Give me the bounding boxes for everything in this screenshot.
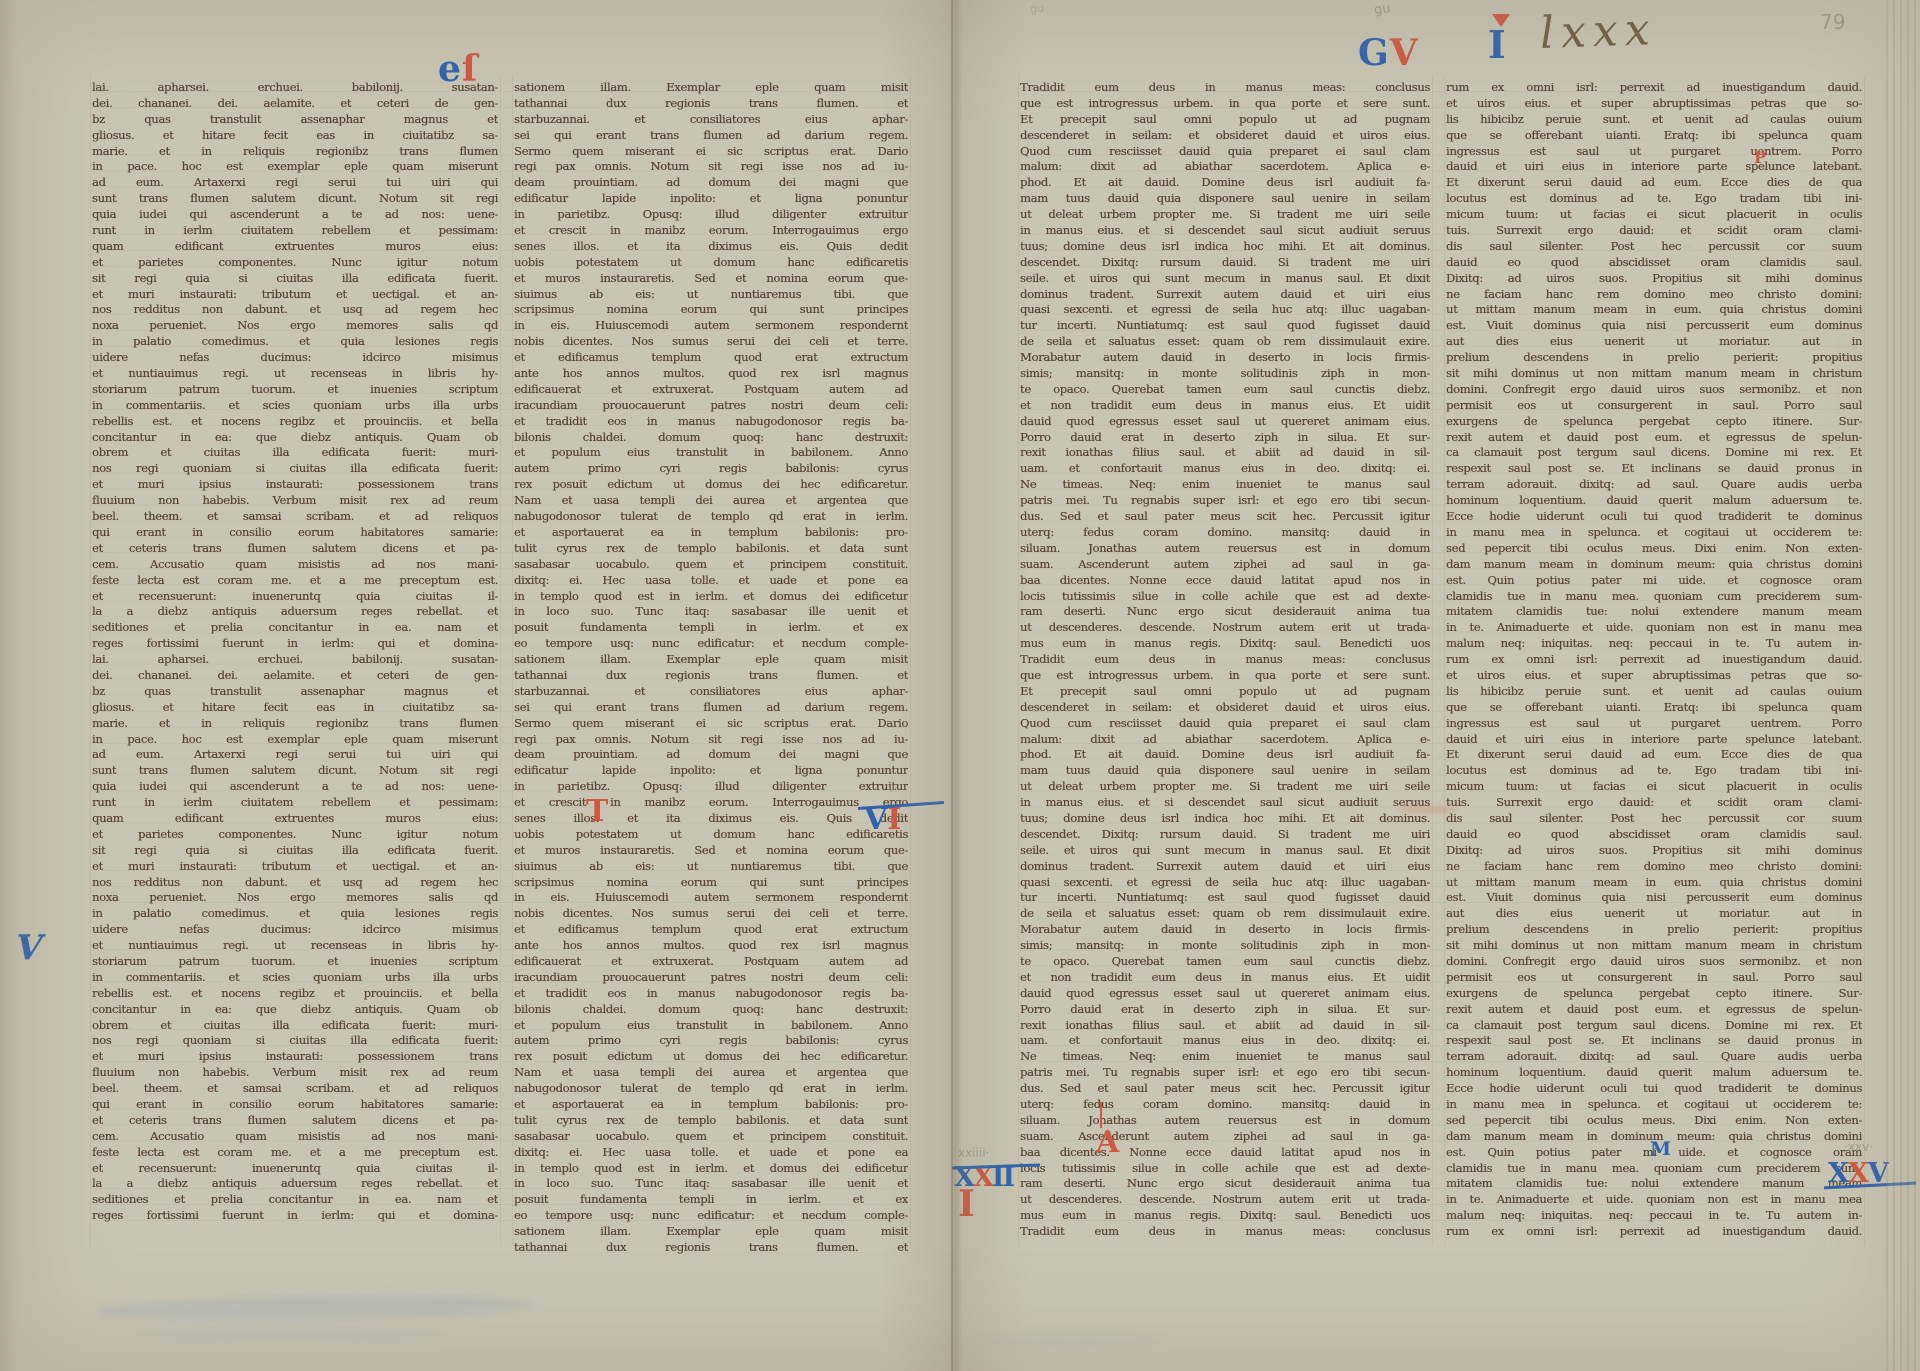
text-line: nabugodonosor tulerat de templo qd erat … — [514, 509, 908, 525]
text-line: ut mittam manum meam in eum. quia christ… — [1446, 875, 1862, 891]
text-line: Ecce hodie uiderunt oculi tui quod tradi… — [1446, 509, 1862, 525]
text-line: eo tempore usq: nunc edificatur: et necd… — [514, 1208, 908, 1224]
text-line: storiarum patrum tuorum. et inuenies scr… — [92, 382, 498, 398]
text-line: dis saul silenter. Post hec percussit co… — [1446, 239, 1862, 255]
text-line: patris mei. Tu regnabis super isrl: et e… — [1020, 1065, 1430, 1081]
text-line: in manus eius. et si descendet saul sicu… — [1020, 795, 1430, 811]
text-line: nobis dicentes. Nos sumus serui dei celi… — [514, 334, 908, 350]
text-line: suam. Ascenderunt autem ziphei ad saul i… — [1020, 1129, 1430, 1145]
text-line: aut dies eius uenerit ut moriatur. aut i… — [1446, 334, 1862, 350]
text-line: tathannai dux regionis trans flumen. et — [514, 1240, 908, 1256]
text-line: prelium descendens in prelio perierit: p… — [1446, 922, 1862, 938]
text-line: in manus eius. et si descendet saul sicu… — [1020, 223, 1430, 239]
text-line: in te. Animaduerte et uide. quoniam non … — [1446, 620, 1862, 636]
text-line: regi pax omnis. Notum sit regi isse nos … — [514, 732, 908, 748]
text-line: dauid quod egressus esset saul ut querer… — [1020, 986, 1430, 1002]
text-line: rex posuit edictum ut domus dei hec edif… — [514, 477, 908, 493]
text-line: siuimus ab eis: ut nuntiaremus tibi. que — [514, 287, 908, 303]
text-line: regi pax omnis. Notum sit regi isse nos … — [514, 159, 908, 175]
text-line: rebellis est. et nocens regibz et prouin… — [92, 414, 498, 430]
text-line: sationem illam. Exemplar eple quam misit — [514, 80, 908, 96]
text-line: sit mihi dominus ut non mittam manum mea… — [1446, 938, 1862, 954]
text-line: tathannai dux regionis trans flumen. et — [514, 96, 908, 112]
text-line: reges fortissimi fuerunt in ierlm: qui e… — [92, 1208, 498, 1224]
text-line: autem primo cyri regis babilonis: cyrus — [514, 461, 908, 477]
text-line: mus eum in manus regis. Dixitq: saul. Be… — [1020, 1208, 1430, 1224]
text-line: noxa perueniet. Nos ergo memores salis q… — [92, 890, 498, 906]
text-line: Tradidit eum deus in manus meas: conclus… — [1020, 652, 1430, 668]
text-line: Ne timeas. Neq: enim inueniet te manus s… — [1020, 477, 1430, 493]
text-line: dauid eo quod abscidisset oram clamidis … — [1446, 255, 1862, 271]
text-line: et uiros eius. et super abruptissimas pe… — [1446, 668, 1862, 684]
text-line: permisit eos ut consurgerent in saul. Po… — [1446, 398, 1862, 414]
text-line: phod. Et ait dauid. Domine deus isrl aud… — [1020, 175, 1430, 191]
text-line: ad eum. Artaxerxi regi serui tui uiri qu… — [92, 747, 498, 763]
text-line: edificatur lapide inpolito: et ligna pon… — [514, 763, 908, 779]
text-line: ad eum. Artaxerxi regi serui tui uiri qu… — [92, 175, 498, 191]
text-line: rum ex omni isrl: perrexit ad inuestigan… — [1446, 652, 1862, 668]
text-line: patris mei. Tu regnabis super isrl: et e… — [1020, 493, 1430, 509]
text-line: concitantur in ea: que diebz antiquis. Q… — [92, 430, 498, 446]
text-line: dauid eo quod abscidisset oram clamidis … — [1446, 827, 1862, 843]
text-line: Tradidit eum deus in manus meas: conclus… — [1020, 1224, 1430, 1240]
text-line: quam edificant extruentes muros eius: — [92, 811, 498, 827]
text-line: et parietes componentes. Nunc igitur not… — [92, 255, 498, 271]
text-line: et muros instauraretis. Sed et nomina eo… — [514, 843, 908, 859]
text-line: et muri instaurati: tributum et uectigal… — [92, 859, 498, 875]
text-line: que est introgressus urbem. in qua porte… — [1020, 96, 1430, 112]
text-line: ingressus est saul ut purgaret uentrem. … — [1446, 716, 1862, 732]
text-line: descenderet in seilam: et obsideret daui… — [1020, 128, 1430, 144]
text-line: ram deserti. Nunc ergo sicut desiderauit… — [1020, 604, 1430, 620]
ink-offset-stain — [95, 1292, 535, 1324]
gutter-shadow — [880, 0, 1030, 1371]
text-line: la a diebz antiquis aduersum reges rebel… — [92, 604, 498, 620]
text-column-4: rum ex omni isrl: perrexit ad inuestigan… — [1446, 80, 1862, 1240]
text-line: gliosus. et hitare fecit eas in ciuitati… — [92, 700, 498, 716]
text-line: permisit eos ut consurgerent in saul. Po… — [1446, 970, 1862, 986]
text-line: uterq: fedus coram domino. mansitq: daui… — [1020, 1097, 1430, 1113]
text-line: terram adorauit. dixitq: ad saul. Quare … — [1446, 477, 1862, 493]
text-line: et crescit in manibz eorum. Interrogauim… — [514, 795, 908, 811]
text-line: deam prouintiam. ad domum dei magni que — [514, 175, 908, 191]
text-line: nos regi quoniam si ciuitas illa edifica… — [92, 461, 498, 477]
text-line: sunt trans flumen salutem dicunt. Notum … — [92, 763, 498, 779]
text-line: et asportauerat ea in templum babilonis:… — [514, 525, 908, 541]
ink-offset-stain — [140, 1330, 440, 1341]
text-line: starbuzannai. et consiliatores eius apha… — [514, 112, 908, 128]
text-line: hominum loquentium. dauid querit malum a… — [1446, 493, 1862, 509]
text-line: baa dicentes. Nonne ecce dauid latitat a… — [1020, 1145, 1430, 1161]
text-line: sei qui erant trans flumen ad darium reg… — [514, 700, 908, 716]
text-line: rex posuit edictum ut domus dei hec edif… — [514, 1049, 908, 1065]
text-line: dominus tradent. Surrexit autem dauid et… — [1020, 859, 1430, 875]
numeral-letter: e — [438, 48, 462, 90]
text-line: mus eum in manus regis. Dixitq: saul. Be… — [1020, 636, 1430, 652]
text-line: que se offerebant uianti. Eratq: ibi spe… — [1446, 700, 1862, 716]
text-line: feste lecta est coram me. et a me precep… — [92, 1145, 498, 1161]
text-line: Sermo quem miserant ei sic scriptus erat… — [514, 144, 908, 160]
text-line: malum: dixit ad abiathar sacerdotem. Apl… — [1020, 159, 1430, 175]
text-line: tur incerti. Nuntiatumq: est saul quod f… — [1020, 318, 1430, 334]
text-line: posuit fundamenta templi in ierlm. et ex — [514, 1192, 908, 1208]
text-line: te opaco. Querebat tamen eum saul cuncti… — [1020, 954, 1430, 970]
text-line: nobis dicentes. Nos sumus serui dei celi… — [514, 906, 908, 922]
text-line: que se offerebant uianti. Eratq: ibi spe… — [1446, 128, 1862, 144]
text-line: descendet. Dixitq: rursum dauid. Si trad… — [1020, 827, 1430, 843]
text-line: sed pepercit tibi oculus meus. Dixi enim… — [1446, 541, 1862, 557]
text-line: rexit ionathas filius saul. et abiit ad … — [1020, 445, 1430, 461]
text-line: qui erant in consilio eorum habitatores … — [92, 1097, 498, 1113]
initial-a-ascendit: A — [1096, 1128, 1119, 1158]
text-line: et nuntiauimus regi. ut recenseas in lib… — [92, 366, 498, 382]
text-line: senes illos. et ita diximus eis. Quis de… — [514, 239, 908, 255]
text-line: mitatem clamidis tue: nolui extendere ma… — [1446, 604, 1862, 620]
text-line: aut dies eius uenerit ut moriatur. aut i… — [1446, 906, 1862, 922]
text-line: runt in ierlm ciuitatem rebellem et pess… — [92, 223, 498, 239]
text-line: descenderet in seilam: et obsideret daui… — [1020, 700, 1430, 716]
gutter-fold-line — [951, 0, 953, 1371]
text-line: Dixitq: ad uiros suos. Propitius sit mih… — [1446, 271, 1862, 287]
numeral-letter: V — [1390, 32, 1419, 74]
text-line: tuis. Surrexit ergo dauid: et scidit ora… — [1446, 795, 1862, 811]
text-line: et muros instauraretis. Sed et nomina eo… — [514, 271, 908, 287]
text-line: respexit saul post se. Et inclinans se d… — [1446, 461, 1862, 477]
text-line: in eis. Huiuscemodi autem sermonem respo… — [514, 318, 908, 334]
pencil-chapter-xxv: ·xxv· — [1844, 1140, 1873, 1154]
text-line: et asportauerat ea in templum babilonis:… — [514, 1097, 908, 1113]
text-line: uidere nefas ducimus: idcirco misimus — [92, 922, 498, 938]
text-line: bz quas transtulit assenaphar magnus et — [92, 112, 498, 128]
text-line: suam. Ascenderunt autem ziphei ad saul i… — [1020, 557, 1430, 573]
text-line: et recensuerunt: inueneruntq quia ciuita… — [92, 1161, 498, 1177]
text-line: et edificamus templum quod erat extructu… — [514, 922, 908, 938]
text-line: ante hos annos multos. quod rex isrl mag… — [514, 938, 908, 954]
text-line: edificauerat et extruxerat. Postquam aut… — [514, 382, 908, 398]
text-line: sasabasar uocabulo. quem et principem co… — [514, 1129, 908, 1145]
running-header-right-gv: GV — [1358, 32, 1419, 74]
text-line: dixitq: ei. Hec uasa tolle. et uade et p… — [514, 1145, 908, 1161]
text-line: sit mihi dominus ut non mittam manum mea… — [1446, 366, 1862, 382]
text-line: ram deserti. Nunc ergo sicut desiderauit… — [1020, 1176, 1430, 1192]
text-line: posuit fundamenta templi in ierlm. et ex — [514, 620, 908, 636]
text-line: Quod cum resciisset dauid quia preparet … — [1020, 144, 1430, 160]
text-line: feste lecta est coram me. et a me precep… — [92, 573, 498, 589]
text-line: clamidis tue in manu mea. quoniam cum pr… — [1446, 589, 1862, 605]
text-line: bilonis chaldei. domum quoq: hanc destru… — [514, 1002, 908, 1018]
text-line: in te. Animaduerte et uide. quoniam non … — [1446, 1192, 1862, 1208]
text-line: et populum eius transtulit in babilonem.… — [514, 445, 908, 461]
text-line: ut deleat urbem propter me. Si tradent m… — [1020, 207, 1430, 223]
text-line: ante hos annos multos. quod rex isrl mag… — [514, 366, 908, 382]
text-line: quasi sexcenti. et egressi de seila huc … — [1020, 302, 1430, 318]
text-line: simis; mansitq: in monte solitudinis zip… — [1020, 366, 1430, 382]
page-left-edge — [0, 0, 18, 1371]
text-line: Et precepit saul omni populo ut ad pugna… — [1020, 112, 1430, 128]
text-line: Ecce hodie uiderunt oculi tui quod tradi… — [1446, 1081, 1862, 1097]
text-line: iracundiam prouocauerunt patres nostri d… — [514, 398, 908, 414]
manuscript-opening: lai. apharsei. erchuei. babilonij. susat… — [0, 0, 1920, 1371]
pencil-note-right: gu — [1373, 1, 1391, 18]
text-line: dixitq: ei. Hec uasa tolle. et uade et p… — [514, 573, 908, 589]
text-line: lis hibicibz peruie sunt. et uenit ad ca… — [1446, 684, 1862, 700]
text-line: scripsimus nomina eorum qui sunt princip… — [514, 875, 908, 891]
text-line: noxa perueniet. Nos ergo memores salis q… — [92, 318, 498, 334]
text-line: exurgens de spelunca pergebat cepto itin… — [1446, 414, 1862, 430]
text-line: clamidis tue in manu mea. quoniam cum pr… — [1446, 1161, 1862, 1177]
text-line: in loco suo. Tunc itaq: sasabasar ille u… — [514, 604, 908, 620]
text-line: Sermo quem miserant ei sic scriptus erat… — [514, 716, 908, 732]
text-line: in commentariis. et scies quoniam urbs i… — [92, 970, 498, 986]
text-line: dauid et uiri eius in interiore parte sp… — [1446, 159, 1862, 175]
text-line: simis; mansitq: in monte solitudinis zip… — [1020, 938, 1430, 954]
text-line: senes illos. et ita diximus eis. Quis de… — [514, 811, 908, 827]
text-line: Morabatur autem dauid in deserto in loci… — [1020, 350, 1430, 366]
text-line: et populum eius transtulit in babilonem.… — [514, 1018, 908, 1034]
text-line: et crescit in manibz eorum. Interrogauim… — [514, 223, 908, 239]
text-line: uam. et confortauit manus eius in deo. d… — [1020, 461, 1430, 477]
text-line: sationem illam. Exemplar eple quam misit — [514, 652, 908, 668]
text-line: respexit saul post se. Et inclinans se d… — [1446, 1033, 1862, 1049]
text-line: et tradidit eos in manus nabugodonosor r… — [514, 414, 908, 430]
numeral-letter: G — [1358, 32, 1390, 74]
text-line: micum tuum: ut facias ei sicut placuerit… — [1446, 207, 1862, 223]
text-line: seditiones et prelia concitantur in ea. … — [92, 1192, 498, 1208]
text-line: in templo quod est in ierlm. et domus de… — [514, 589, 908, 605]
text-line: Et dixerunt serui dauid ad eum. Ecce die… — [1446, 175, 1862, 191]
text-line: siluam. Jonathas autem reuersus est in d… — [1020, 1113, 1430, 1129]
text-line: dauid et uiri eius in interiore parte sp… — [1446, 732, 1862, 748]
text-line: dam manum meam in dominum meum: quia chr… — [1446, 557, 1862, 573]
text-line: Nam et uasa templi dei aurea et argentea… — [514, 1065, 908, 1081]
text-line: quia iudei qui ascenderunt a te ad nos: … — [92, 779, 498, 795]
text-line: autem primo cyri regis babilonis: cyrus — [514, 1033, 908, 1049]
text-line: scripsimus nomina eorum qui sunt princip… — [514, 302, 908, 318]
text-line: exurgens de spelunca pergebat cepto itin… — [1446, 986, 1862, 1002]
text-line: Quod cum resciisset dauid quia preparet … — [1020, 716, 1430, 732]
text-line: lis hibicibz peruie sunt. et uenit ad ca… — [1446, 112, 1862, 128]
text-line: descendet. Dixitq: rursum dauid. Si trad… — [1020, 255, 1430, 271]
text-line: ingressus est saul ut purgaret uentrem. … — [1446, 144, 1862, 160]
text-line: in parietibz. Opusq: illud diligenter ex… — [514, 779, 908, 795]
text-line: ca clamauit post tergum saul dicens. Dom… — [1446, 445, 1862, 461]
text-line: et edificamus templum quod erat extructu… — [514, 350, 908, 366]
quire-mark-initial: I — [1488, 26, 1506, 64]
text-line: ca clamauit post tergum saul dicens. Dom… — [1446, 1018, 1862, 1034]
text-line: storiarum patrum tuorum. et inuenies scr… — [92, 954, 498, 970]
text-line: Et precepit saul omni populo ut ad pugna… — [1020, 684, 1430, 700]
text-line: nabugodonosor tulerat de templo qd erat … — [514, 1081, 908, 1097]
text-line: et muri ipsius instaurati: possessionem … — [92, 1049, 498, 1065]
text-line: et muri instaurati: tributum et uectigal… — [92, 287, 498, 303]
text-line: malum neq: iniquitas. neq: peccaui in te… — [1446, 636, 1862, 652]
text-line: locis tutissimis silue in colle achile q… — [1020, 1161, 1430, 1177]
text-line: uidere nefas ducimus: idcirco misimus — [92, 350, 498, 366]
text-line: ut descenderes. descende. Nostrum autem … — [1020, 620, 1430, 636]
text-line: sed pepercit tibi oculus meus. Dixi enim… — [1446, 1113, 1862, 1129]
numeral-letter: V — [1868, 1158, 1888, 1189]
text-line: tulit cyrus rex de templo babilonis. et … — [514, 1113, 908, 1129]
text-line: mam tuus dauid quia disponere saul uenir… — [1020, 191, 1430, 207]
text-line: runt in ierlm ciuitatem rebellem et pess… — [92, 795, 498, 811]
text-line: nos regi quoniam si ciuitas illa edifica… — [92, 1033, 498, 1049]
text-line: seile. et uiros qui sunt mecum in manus … — [1020, 843, 1430, 859]
text-line: micum tuum: ut facias ei sicut placuerit… — [1446, 779, 1862, 795]
text-line: sationem illam. Exemplar eple quam misit — [514, 1224, 908, 1240]
text-line: rum ex omni isrl: perrexit ad inuestigan… — [1446, 1224, 1862, 1240]
text-line: ut descenderes. descende. Nostrum autem … — [1020, 1192, 1430, 1208]
ruling-vertical — [1444, 76, 1445, 1246]
numeral-letter: X — [1848, 1158, 1868, 1189]
text-line: que est introgressus urbem. in qua porte… — [1020, 668, 1430, 684]
text-line: in pace. hoc est exemplar eple quam mise… — [92, 159, 498, 175]
text-line: et ceteris trans flumen salutem dicens e… — [92, 1113, 498, 1129]
text-line: obrem et ciuitas illa edificata fuerit: … — [92, 445, 498, 461]
text-line: est. Quin potius pater mi uide. et cogno… — [1446, 573, 1862, 589]
text-line: siluam. Jonathas autem reuersus est in d… — [1020, 541, 1430, 557]
text-line: gliosus. et hitare fecit eas in ciuitati… — [92, 128, 498, 144]
text-line: ut mittam manum meam in eum. quia christ… — [1446, 302, 1862, 318]
text-line: la a diebz antiquis aduersum reges rebel… — [92, 1176, 498, 1192]
text-line: dus. Sed et saul pater meus scit hec. Pe… — [1020, 1081, 1430, 1097]
text-line: fluuium non habebis. Verbum misit rex ad… — [92, 1065, 498, 1081]
text-line: edificatur lapide inpolito: et ligna pon… — [514, 191, 908, 207]
text-line: prelium descendens in prelio perierit: p… — [1446, 350, 1862, 366]
text-line: in manu mea in spelunca. et cogitaui ut … — [1446, 1097, 1862, 1113]
text-line: seditiones et prelia concitantur in ea. … — [92, 620, 498, 636]
text-line: beel. theem. et samsai scribam. et ad re… — [92, 1081, 498, 1097]
text-line: deam prouintiam. ad domum dei magni que — [514, 747, 908, 763]
text-line: in manu mea in spelunca. et cogitaui ut … — [1446, 525, 1862, 541]
text-line: quam edificant extruentes muros eius: — [92, 239, 498, 255]
numeral-letter: ſ — [462, 48, 479, 90]
text-line: Tradidit eum deus in manus meas: conclus… — [1020, 80, 1430, 96]
text-line: in loco suo. Tunc itaq: sasabasar ille u… — [514, 1176, 908, 1192]
text-line: Porro dauid erat in deserto ziph in silu… — [1020, 1002, 1430, 1018]
numeral-letter: X — [1828, 1158, 1848, 1189]
text-column-3: Tradidit eum deus in manus meas: conclus… — [1020, 80, 1430, 1240]
text-column-2: sationem illam. Exemplar eple quam misit… — [514, 80, 908, 1256]
text-line: dis saul silenter. Post hec percussit co… — [1446, 811, 1862, 827]
text-line: quia iudei qui ascenderunt a te ad nos: … — [92, 207, 498, 223]
text-line: ut deleat urbem propter me. Si tradent m… — [1020, 779, 1430, 795]
text-line: locis tutissimis silue in colle achile q… — [1020, 589, 1430, 605]
text-line: dei. chananei. dei. aelamite. et ceteri … — [92, 668, 498, 684]
text-line: starbuzannai. et consiliatores eius apha… — [514, 684, 908, 700]
text-line: sit regi quia si ciuitas illa edificata … — [92, 271, 498, 287]
text-line: Dixitq: ad uiros suos. Propitius sit mih… — [1446, 843, 1862, 859]
text-line: et uiros eius. et super abruptissimas pe… — [1446, 96, 1862, 112]
text-line: sit regi quia si ciuitas illa edificata … — [92, 843, 498, 859]
text-line: siuimus ab eis: ut nuntiaremus tibi. que — [514, 859, 908, 875]
text-line: et muri ipsius instaurati: possessionem … — [92, 477, 498, 493]
text-line: terram adorauit. dixitq: ad saul. Quare … — [1446, 1049, 1862, 1065]
text-line: rebellis est. et nocens regibz et prouin… — [92, 986, 498, 1002]
text-line: mitatem clamidis tue: nolui extendere ma… — [1446, 1176, 1862, 1192]
text-line: est. Viuit dominus quia nisi percusserit… — [1446, 318, 1862, 334]
text-line: tuus; domine deus isrl indica hoc mihi. … — [1020, 239, 1430, 255]
text-line: tur incerti. Nuntiatumq: est saul quod f… — [1020, 890, 1430, 906]
text-line: sasabasar uocabulo. quem et principem co… — [514, 557, 908, 573]
text-line: tuus; domine deus isrl indica hoc mihi. … — [1020, 811, 1430, 827]
text-line: in pace. hoc est exemplar eple quam mise… — [92, 732, 498, 748]
text-line: rexit autem et dauid post eum. et egress… — [1446, 430, 1862, 446]
text-line: hominum loquentium. dauid querit malum a… — [1446, 1065, 1862, 1081]
text-line: lai. apharsei. erchuei. babilonij. susat… — [92, 652, 498, 668]
text-line: domini. Confregit ergo dauid uiros suos … — [1446, 382, 1862, 398]
text-line: Ne timeas. Neq: enim inueniet te manus s… — [1020, 1049, 1430, 1065]
text-line: dauid quod egressus esset saul ut querer… — [1020, 414, 1430, 430]
text-line: locutus est dominus ad te. Ego tradam ti… — [1446, 763, 1862, 779]
text-line: te opaco. Querebat tamen eum saul cuncti… — [1020, 382, 1430, 398]
text-line: uam. et confortauit manus eius in deo. d… — [1020, 1033, 1430, 1049]
text-line: locutus est dominus ad te. Ego tradam ti… — [1446, 191, 1862, 207]
text-line: malum neq: iniquitas. neq: peccaui in te… — [1446, 1208, 1862, 1224]
folio-number-pencil: 79 — [1820, 10, 1845, 34]
initial-p-porro: P — [1754, 150, 1766, 166]
text-line: obrem et ciuitas illa edificata fuerit: … — [92, 1018, 498, 1034]
text-line: baa dicentes. Nonne ecce dauid latitat a… — [1020, 573, 1430, 589]
text-line: eo tempore usq: nunc edificatur: et necd… — [514, 636, 908, 652]
text-line: in templo quod est in ierlm. et domus de… — [514, 1161, 908, 1177]
text-column-1: lai. apharsei. erchuei. babilonij. susat… — [92, 80, 498, 1224]
text-line: Morabatur autem dauid in deserto in loci… — [1020, 922, 1430, 938]
text-line: uobis potestatem ut domum hanc edificare… — [514, 827, 908, 843]
text-line: in palatio comedimus. et quia lesiones r… — [92, 334, 498, 350]
text-line: tuis. Surrexit ergo dauid: et scidit ora… — [1446, 223, 1862, 239]
text-line: ne faciam hanc rem domino meo christo do… — [1446, 859, 1862, 875]
red-flourish-icon — [1492, 14, 1510, 27]
text-line: qui erant in consilio eorum habitatores … — [92, 525, 498, 541]
text-line: tulit cyrus rex de templo babilonis. et … — [514, 541, 908, 557]
text-line: marie. et in reliquis regionibz trans fl… — [92, 144, 498, 160]
text-line: nos redditus non dabunt. et usq ad regem… — [92, 875, 498, 891]
text-line: marie. et in reliquis regionibz trans fl… — [92, 716, 498, 732]
text-line: beel. theem. et samsai scribam. et ad re… — [92, 509, 498, 525]
text-line: concitantur in ea: que diebz antiquis. Q… — [92, 1002, 498, 1018]
text-line: rexit autem et dauid post eum. et egress… — [1446, 1002, 1862, 1018]
text-line: sei qui erant trans flumen ad darium reg… — [514, 128, 908, 144]
text-line: edificauerat et extruxerat. Postquam aut… — [514, 954, 908, 970]
text-line: bz quas transtulit assenaphar magnus et — [92, 684, 498, 700]
pencil-note-center: gu — [1029, 1, 1044, 15]
text-line: cem. Accusatio quam misistis ad nos mani… — [92, 1129, 498, 1145]
book-fore-edge — [1886, 0, 1920, 1371]
text-line: mam tuus dauid quia disponere saul uenir… — [1020, 763, 1430, 779]
text-line: et nuntiauimus regi. ut recenseas in lib… — [92, 938, 498, 954]
text-line: malum: dixit ad abiathar sacerdotem. Apl… — [1020, 732, 1430, 748]
text-line: in palatio comedimus. et quia lesiones r… — [92, 906, 498, 922]
text-line: et non tradidit eum deus in manus eius. … — [1020, 398, 1430, 414]
text-line: sunt trans flumen salutem dicunt. Notum … — [92, 191, 498, 207]
text-line: et ceteris trans flumen salutem dicens e… — [92, 541, 498, 557]
text-line: tathannai dux regionis trans flumen. et — [514, 668, 908, 684]
text-line: et parietes componentes. Nunc igitur not… — [92, 827, 498, 843]
text-line: et tradidit eos in manus nabugodonosor r… — [514, 986, 908, 1002]
text-line: in commentariis. et scies quoniam urbs i… — [92, 398, 498, 414]
text-line: et recensuerunt: inueneruntq quia ciuita… — [92, 589, 498, 605]
running-header-left-es: eſ — [438, 48, 478, 90]
text-line: phod. Et ait dauid. Domine deus isrl aud… — [1020, 747, 1430, 763]
ruling-vertical — [1432, 76, 1433, 1246]
initial-t-tunc: T — [586, 797, 608, 827]
text-line: uobis potestatem ut domum hanc edificare… — [514, 255, 908, 271]
text-line: rexit ionathas filius saul. et abiit ad … — [1020, 1018, 1430, 1034]
text-line: Porro dauid erat in deserto ziph in silu… — [1020, 430, 1430, 446]
text-line: quasi sexcenti. et egressi de seila huc … — [1020, 875, 1430, 891]
text-line: iracundiam prouocauerunt patres nostri d… — [514, 970, 908, 986]
ruling-vertical — [512, 76, 513, 1246]
